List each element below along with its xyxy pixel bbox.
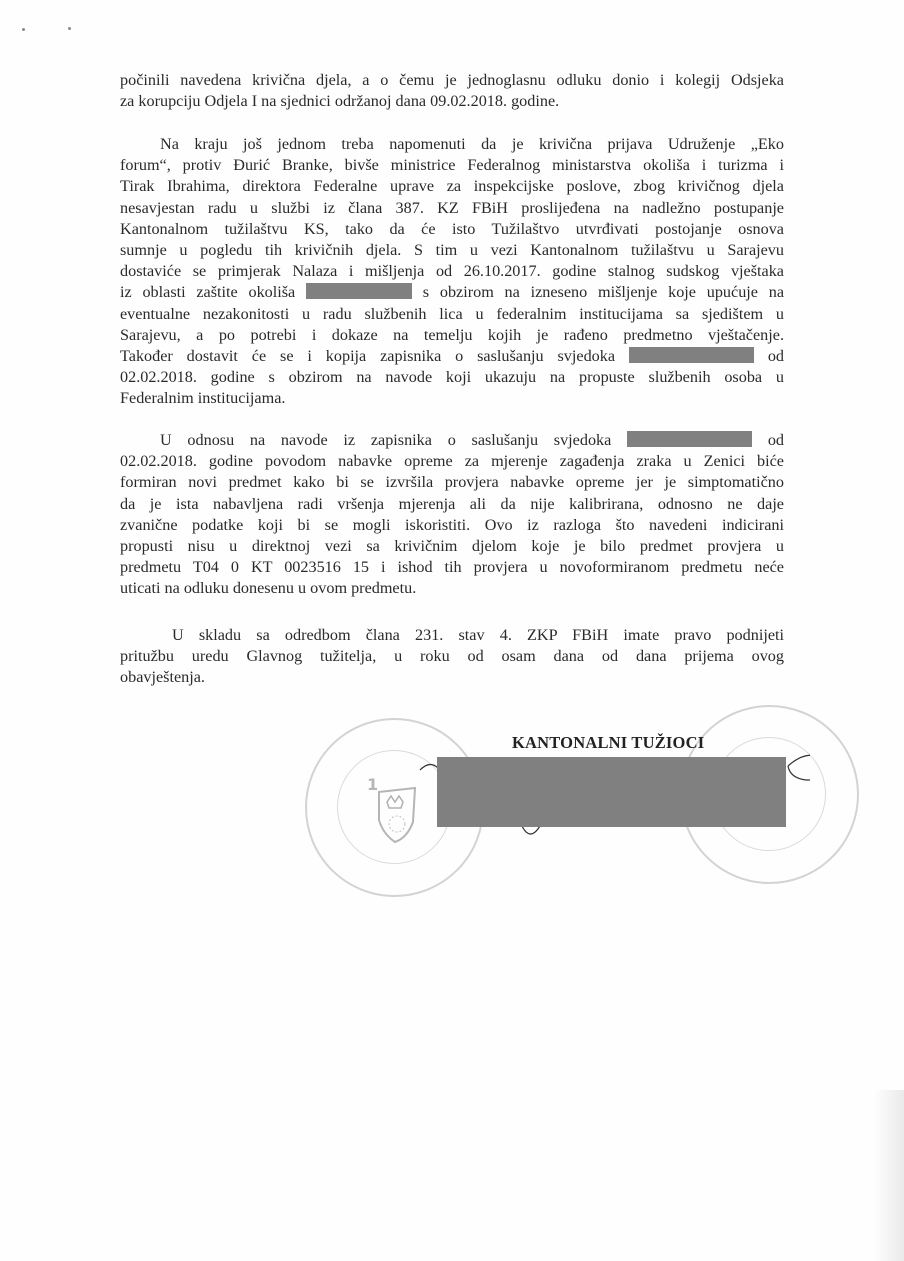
text-line: U odnosu na navode iz zapisnika o sasluš… <box>120 430 784 451</box>
text-line: sumnje u pogledu tih krivičnih djela. S … <box>120 240 784 261</box>
paragraph-1: počinili navedena krivična djela, a o če… <box>120 70 784 112</box>
text-line: Federalnim institucijama. <box>120 388 784 409</box>
text-line: Kantonalnom tužilaštvu KS, tako da će is… <box>120 219 784 240</box>
text-line: U skladu sa odredbom člana 231. stav 4. … <box>120 625 784 646</box>
text-line: 02.02.2018. godine povodom nabavke oprem… <box>120 451 784 472</box>
scan-edge-shadow <box>874 1090 904 1261</box>
text-line: propusti nisu u direktnoj vezi sa krivič… <box>120 536 784 557</box>
paragraph-2: Na kraju još jednom treba napomenuti da … <box>120 134 784 409</box>
text-line: iz oblasti zaštite okoliša s obzirom na … <box>120 282 784 303</box>
redaction-box <box>306 283 412 299</box>
text-line: Sarajevu, a po potrebi i dokaze na temel… <box>120 325 784 346</box>
text-line: da je ista nabavljena radi vršenja mjere… <box>120 494 784 515</box>
redaction-box <box>627 431 752 447</box>
text-line: obavještenja. <box>120 667 784 688</box>
signature-title: KANTONALNI TUŽIOCI <box>512 733 704 753</box>
scan-artifact <box>22 28 25 31</box>
text-line: pritužbu uredu Glavnog tužitelja, u roku… <box>120 646 784 667</box>
text-line: zvanične podatke koji bi se mogli iskori… <box>120 515 784 536</box>
paragraph-4: U skladu sa odredbom člana 231. stav 4. … <box>120 625 784 689</box>
document-page: počinili navedena krivična djela, a o če… <box>0 0 904 1261</box>
text-line: dostaviće se primjerak Nalaza i mišljenj… <box>120 261 784 282</box>
text-line: eventualne nezakonitosti u radu službeni… <box>120 304 784 325</box>
text-line: forum“, protiv Đurić Branke, bivše minis… <box>120 155 784 176</box>
text-line: Na kraju još jednom treba napomenuti da … <box>120 134 784 155</box>
text-line: formiran novi predmet kako bi se izvršil… <box>120 472 784 493</box>
text-line: 02.02.2018. godine s obzirom na navode k… <box>120 367 784 388</box>
text-line: počinili navedena krivična djela, a o če… <box>120 70 784 91</box>
redaction-box <box>629 347 754 363</box>
scan-artifact <box>68 27 71 30</box>
signatory-names-redaction <box>437 757 786 827</box>
text-line: Također dostavit će se i kopija zapisnik… <box>120 346 784 367</box>
text-line: Tirak Ibrahima, direktora Federalne upra… <box>120 176 784 197</box>
text-line: uticati na odluku donesenu u ovom predme… <box>120 578 784 599</box>
text-line: za korupciju Odjela I na sjednici održan… <box>120 91 784 112</box>
text-line: predmetu T04 0 KT 0023516 15 i ishod tih… <box>120 557 784 578</box>
text-line: nesavjestan radu u službi iz člana 387. … <box>120 198 784 219</box>
paragraph-3: U odnosu na navode iz zapisnika o sasluš… <box>120 430 784 600</box>
svg-text:1: 1 <box>367 775 378 794</box>
